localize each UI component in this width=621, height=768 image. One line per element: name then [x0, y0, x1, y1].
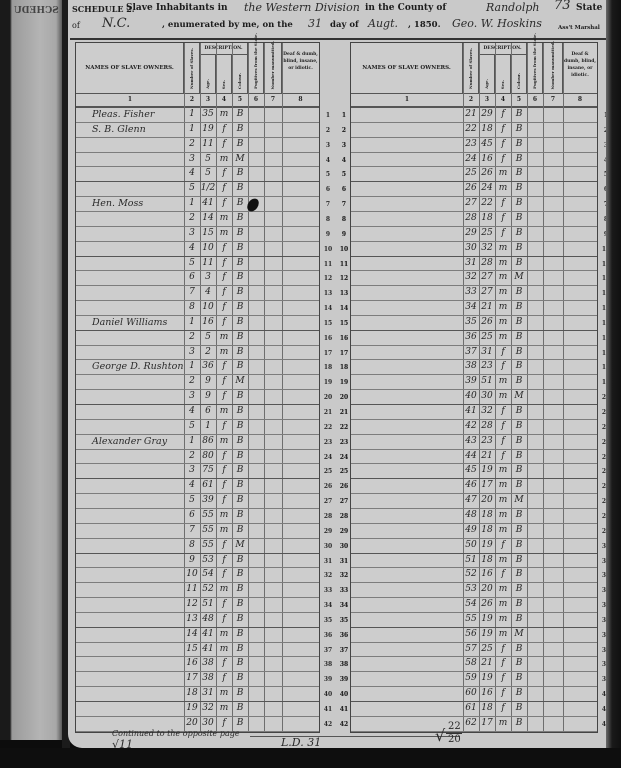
column-number: 1 — [76, 94, 184, 106]
num-cell: 11 — [184, 584, 200, 594]
sex-cell: f — [216, 658, 232, 668]
colour-cell: B — [511, 317, 527, 327]
page-right-edge — [606, 0, 621, 768]
row-rule — [76, 359, 319, 360]
age-cell: 32 — [200, 703, 216, 713]
colour-cell: B — [511, 436, 527, 446]
colour-cell: B — [232, 332, 248, 342]
state-text: State — [576, 3, 602, 13]
num-cell: 53 — [463, 584, 479, 594]
sex-cell: f — [216, 569, 232, 579]
num-cell: 50 — [463, 540, 479, 550]
row-rule — [76, 330, 319, 331]
slave-owner-name: S. B. Glenn — [92, 124, 146, 135]
enumerated-text: , enumerated by me, on the — [162, 20, 293, 30]
age-cell: 32 — [479, 243, 495, 253]
num-cell: 3 — [184, 391, 200, 401]
age-cell: 23 — [479, 361, 495, 371]
sex-cell: f — [216, 287, 232, 297]
column-number: 8 — [282, 94, 319, 106]
row-rule — [76, 241, 319, 242]
sex-cell: f — [216, 243, 232, 253]
row-rule — [76, 196, 319, 197]
row-rule — [351, 508, 597, 509]
fugitives-column-header: Fugitives from the State. — [248, 43, 264, 93]
sex-cell: m — [216, 332, 232, 342]
colour-cell: M — [511, 495, 527, 505]
colour-cell: B — [511, 703, 527, 713]
colour-cell: B — [511, 124, 527, 134]
num-cell: 3 — [184, 154, 200, 164]
age-cell: 31 — [479, 347, 495, 357]
slave-owner-name: Daniel Williams — [92, 317, 167, 328]
sex-cell: f — [495, 213, 511, 223]
names-column-header: NAMES OF SLAVE OWNERS. — [76, 43, 184, 93]
colour-cell: B — [232, 525, 248, 535]
colour-cell: B — [511, 569, 527, 579]
line-number: 18 — [321, 364, 335, 371]
colour-header-label: Colour. — [237, 73, 242, 89]
line-number: 2 — [321, 127, 335, 134]
colour-cell: B — [232, 228, 248, 238]
row-rule — [351, 389, 597, 390]
sex-cell: f — [216, 317, 232, 327]
row-rule — [76, 523, 319, 524]
num-cell: 35 — [463, 317, 479, 327]
age-cell: 86 — [200, 436, 216, 446]
day-of-text: day of — [330, 20, 359, 30]
line-number: 7 — [321, 201, 335, 208]
colour-cell: B — [232, 168, 248, 178]
colour-cell: B — [511, 658, 527, 668]
age-cell: 1/2 — [200, 183, 216, 193]
sex-cell: m — [495, 391, 511, 401]
column-number: 5 — [511, 94, 527, 106]
sex-cell: m — [495, 718, 511, 728]
column-number: 6 — [248, 94, 264, 106]
row-rule — [76, 612, 319, 613]
colour-cell: M — [511, 629, 527, 639]
number-header-label: Number of Slaves. — [189, 48, 194, 89]
num-cell: 33 — [463, 287, 479, 297]
colour-cell: B — [232, 569, 248, 579]
sex-cell: f — [216, 376, 232, 386]
num-cell: 1 — [184, 124, 200, 134]
line-number: 15 — [321, 320, 335, 327]
num-cell: 5 — [184, 258, 200, 268]
sex-cell: m — [495, 302, 511, 312]
num-cell: 9 — [184, 555, 200, 565]
colour-cell: B — [232, 465, 248, 475]
line-number: 40 — [321, 691, 335, 698]
row-rule — [351, 642, 597, 643]
row-rule — [351, 731, 597, 732]
colour-column-header: Colour. — [232, 55, 248, 93]
marshal-handwritten: Geo. W. Hoskins — [452, 17, 542, 30]
age-cell: 3 — [200, 272, 216, 282]
age-cell: 52 — [200, 584, 216, 594]
row-rule — [76, 553, 319, 554]
right-table: NAMES OF SLAVE OWNERS.DESCRIPTION.Number… — [350, 42, 598, 733]
line-number: 33 — [337, 587, 351, 594]
age-cell: 10 — [200, 302, 216, 312]
line-number: 1 — [321, 112, 335, 119]
sex-cell: f — [495, 688, 511, 698]
slave-owner-name: Alexander Gray — [92, 436, 167, 447]
sex-cell: f — [216, 673, 232, 683]
scan-bottom-border — [0, 748, 621, 768]
age-cell: 51 — [479, 376, 495, 386]
age-cell: 38 — [200, 673, 216, 683]
num-cell: 3 — [184, 465, 200, 475]
deaf-column-header: Deaf & dumb, blind, insane, or idiotic. — [282, 43, 319, 93]
column-number: 6 — [527, 94, 543, 106]
age-cell: 16 — [200, 317, 216, 327]
column-number: 2 — [463, 94, 479, 106]
row-rule — [351, 211, 597, 212]
row-rule — [76, 701, 319, 702]
number-column-header: Number of Slaves. — [184, 43, 200, 93]
column-number: 7 — [543, 94, 563, 106]
line-number: 10 — [337, 246, 351, 253]
sex-cell: f — [216, 124, 232, 134]
colour-cell: B — [511, 644, 527, 654]
age-cell: 25 — [479, 644, 495, 654]
age-cell: 26 — [479, 599, 495, 609]
num-cell: 14 — [184, 629, 200, 639]
num-cell: 7 — [184, 525, 200, 535]
column-number: 8 — [563, 94, 597, 106]
line-number: 23 — [321, 439, 335, 446]
age-cell: 55 — [200, 510, 216, 520]
line-number: 36 — [337, 632, 351, 639]
row-rule — [76, 656, 319, 657]
column-divider — [543, 43, 544, 732]
age-cell: 28 — [479, 258, 495, 268]
sex-cell: m — [216, 629, 232, 639]
num-cell: 2 — [184, 139, 200, 149]
year-text: , 1850. — [408, 20, 441, 30]
row-rule — [76, 463, 319, 464]
num-cell: 6 — [184, 510, 200, 520]
colour-cell: B — [232, 584, 248, 594]
age-cell: 11 — [200, 258, 216, 268]
fugitives-header-label: Fugitives from the State. — [532, 33, 537, 89]
line-number: 38 — [321, 661, 335, 668]
sex-cell: m — [495, 525, 511, 535]
sex-header-label: Sex. — [221, 80, 226, 89]
colour-cell: B — [511, 688, 527, 698]
row-rule — [76, 716, 319, 717]
row-rule — [351, 419, 597, 420]
row-rule — [351, 493, 597, 494]
num-cell: 2 — [184, 213, 200, 223]
column-divider — [527, 43, 528, 732]
row-rule — [76, 493, 319, 494]
row-rule — [351, 152, 597, 153]
row-rule — [76, 152, 319, 153]
left-table: NAMES OF SLAVE OWNERS.DESCRIPTION.Number… — [75, 42, 320, 733]
colour-cell: B — [511, 154, 527, 164]
colour-cell: B — [511, 228, 527, 238]
age-cell: 45 — [479, 139, 495, 149]
deaf-header-label: Deaf & dumb, blind, insane, or idiotic. — [563, 43, 597, 79]
column-divider — [248, 43, 249, 732]
colour-cell: B — [232, 555, 248, 565]
line-number: 40 — [337, 691, 351, 698]
manumitted-header-label: Number manumitted. — [270, 41, 275, 89]
colour-cell: B — [511, 332, 527, 342]
num-cell: 40 — [463, 391, 479, 401]
sex-cell: f — [216, 480, 232, 490]
sex-cell: m — [216, 109, 232, 119]
line-number: 5 — [321, 171, 335, 178]
colour-cell: B — [232, 703, 248, 713]
sex-cell: f — [495, 109, 511, 119]
age-cell: 25 — [479, 228, 495, 238]
colour-cell: B — [511, 555, 527, 565]
sex-cell: m — [495, 243, 511, 253]
row-rule — [76, 137, 319, 138]
line-number: 24 — [337, 454, 351, 461]
sex-cell: f — [495, 154, 511, 164]
line-number: 25 — [321, 468, 335, 475]
colour-cell: B — [232, 673, 248, 683]
colour-cell: B — [511, 510, 527, 520]
num-cell: 25 — [463, 168, 479, 178]
colour-header-label: Colour. — [516, 73, 521, 89]
line-number: 8 — [321, 216, 335, 223]
age-cell: 75 — [200, 465, 216, 475]
row-rule — [351, 449, 597, 450]
row-rule — [351, 181, 597, 182]
colour-cell: B — [511, 376, 527, 386]
colour-cell: B — [232, 688, 248, 698]
line-number: 16 — [321, 335, 335, 342]
description-group-header: DESCRIPTION. — [200, 43, 248, 55]
age-cell: 28 — [479, 421, 495, 431]
colour-cell: B — [232, 302, 248, 312]
sex-cell: f — [495, 421, 511, 431]
num-cell: 37 — [463, 347, 479, 357]
age-cell: 30 — [200, 718, 216, 728]
colour-cell: B — [232, 495, 248, 505]
manumitted-column-header: Number manumitted. — [264, 43, 282, 93]
row-rule — [351, 285, 597, 286]
line-number: 35 — [321, 617, 335, 624]
age-cell: 21 — [479, 451, 495, 461]
age-cell: 23 — [479, 436, 495, 446]
num-cell: 5 — [184, 421, 200, 431]
sex-cell: f — [495, 124, 511, 134]
colour-cell: B — [232, 272, 248, 282]
row-rule — [351, 538, 597, 539]
number-header-label: Number of Slaves. — [468, 48, 473, 89]
row-rule — [351, 478, 597, 479]
row-rule — [351, 359, 597, 360]
row-rule — [351, 686, 597, 687]
num-cell: 3 — [184, 228, 200, 238]
line-number: 42 — [337, 721, 351, 728]
age-cell: 16 — [479, 154, 495, 164]
row-rule — [76, 300, 319, 301]
line-number: 30 — [337, 543, 351, 550]
num-cell: 3 — [184, 347, 200, 357]
row-rule — [76, 419, 319, 420]
num-cell: 56 — [463, 629, 479, 639]
age-cell: 16 — [479, 569, 495, 579]
sex-cell: f — [216, 421, 232, 431]
row-rule — [351, 270, 597, 271]
age-cell: 5 — [200, 332, 216, 342]
colour-cell: B — [511, 584, 527, 594]
line-number: 36 — [321, 632, 335, 639]
check-mark: √ — [435, 726, 445, 745]
sex-cell: f — [216, 302, 232, 312]
colour-cell: B — [232, 436, 248, 446]
sex-header-label: Sex. — [500, 80, 505, 89]
row-rule — [76, 671, 319, 672]
age-cell: 48 — [200, 614, 216, 624]
colour-column-header: Colour. — [511, 55, 527, 93]
row-rule — [76, 389, 319, 390]
row-rule — [351, 567, 597, 568]
age-cell: 18 — [479, 124, 495, 134]
num-cell: 4 — [184, 168, 200, 178]
line-number: 11 — [337, 261, 351, 268]
fugitives-header-label: Fugitives from the State. — [253, 33, 258, 89]
sex-cell: m — [495, 332, 511, 342]
colour-cell: B — [511, 198, 527, 208]
age-cell: 9 — [200, 376, 216, 386]
colour-cell: B — [232, 480, 248, 490]
num-cell: 60 — [463, 688, 479, 698]
sex-column-header: Sex. — [495, 55, 511, 93]
line-number: 5 — [337, 171, 351, 178]
age-cell: 29 — [479, 109, 495, 119]
slave-owner-name: George D. Rushton — [92, 361, 183, 372]
line-number: 14 — [321, 305, 335, 312]
age-cell: 17 — [479, 480, 495, 490]
line-number: 31 — [321, 558, 335, 565]
sex-cell: m — [216, 228, 232, 238]
line-number: 1 — [337, 112, 351, 119]
num-cell: 2 — [184, 376, 200, 386]
colour-cell: B — [511, 139, 527, 149]
line-number: 22 — [321, 424, 335, 431]
age-cell: 4 — [200, 287, 216, 297]
age-cell: 19 — [200, 124, 216, 134]
line-number: 28 — [321, 513, 335, 520]
num-cell: 42 — [463, 421, 479, 431]
row-rule — [351, 374, 597, 375]
row-rule — [76, 270, 319, 271]
column-number: 5 — [232, 94, 248, 106]
sex-cell: m — [495, 555, 511, 565]
sex-cell: f — [495, 347, 511, 357]
colour-cell: B — [232, 109, 248, 119]
slave-owner-name: Pleas. Fisher — [92, 109, 154, 120]
fugitives-column-header: Fugitives from the State. — [527, 43, 543, 93]
age-cell: 18 — [479, 703, 495, 713]
colour-cell: M — [232, 540, 248, 550]
colour-cell: B — [511, 243, 527, 253]
row-rule — [351, 315, 597, 316]
age-cell: 39 — [200, 495, 216, 505]
deaf-column-header: Deaf & dumb, blind, insane, or idiotic. — [563, 43, 597, 93]
county-handwritten: Randolph — [486, 1, 540, 14]
row-rule — [351, 226, 597, 227]
row-rule — [351, 166, 597, 167]
sex-cell: m — [216, 436, 232, 446]
row-rule — [351, 241, 597, 242]
row-rule — [76, 181, 319, 182]
sex-cell: f — [216, 198, 232, 208]
num-cell: 2 — [184, 332, 200, 342]
num-cell: 7 — [184, 287, 200, 297]
age-cell: 21 — [479, 302, 495, 312]
row-rule — [76, 538, 319, 539]
line-number: 20 — [337, 394, 351, 401]
num-cell: 1 — [184, 198, 200, 208]
line-number: 41 — [321, 706, 335, 713]
num-cell: 58 — [463, 658, 479, 668]
sex-column-header: Sex. — [216, 55, 232, 93]
line-number: 9 — [337, 231, 351, 238]
age-cell: 17 — [479, 718, 495, 728]
line-number: 10 — [321, 246, 335, 253]
sex-cell: f — [216, 540, 232, 550]
previous-page-edge: SCHEDU — [0, 0, 62, 740]
age-cell: 16 — [479, 688, 495, 698]
row-rule — [76, 404, 319, 405]
tally-fraction-bottom: 20 — [448, 734, 461, 745]
num-cell: 16 — [184, 658, 200, 668]
colour-cell: B — [511, 599, 527, 609]
age-cell: 35 — [200, 109, 216, 119]
row-rule — [351, 137, 597, 138]
num-cell: 8 — [184, 302, 200, 312]
age-cell: 41 — [200, 629, 216, 639]
row-rule — [351, 404, 597, 405]
age-cell: 19 — [479, 629, 495, 639]
age-column-header: Age. — [200, 55, 216, 93]
line-number: 33 — [321, 587, 335, 594]
column-number: 3 — [200, 94, 216, 106]
deaf-header-label: Deaf & dumb, blind, insane, or idiotic. — [282, 43, 319, 72]
sex-cell: m — [495, 272, 511, 282]
row-rule — [76, 256, 319, 257]
num-cell: 44 — [463, 451, 479, 461]
age-cell: 27 — [479, 287, 495, 297]
slave-owner-name: Hen. Moss — [92, 198, 143, 209]
colour-cell: B — [511, 673, 527, 683]
line-number: 12 — [321, 275, 335, 282]
column-divider — [563, 43, 564, 732]
colour-cell: B — [511, 302, 527, 312]
age-cell: 80 — [200, 451, 216, 461]
column-divider — [264, 43, 265, 732]
num-cell: 27 — [463, 198, 479, 208]
row-rule — [351, 122, 597, 123]
row-rule — [76, 508, 319, 509]
colour-cell: M — [232, 376, 248, 386]
line-number: 3 — [337, 142, 351, 149]
colour-cell: B — [511, 287, 527, 297]
sex-cell: f — [495, 198, 511, 208]
num-cell: 4 — [184, 243, 200, 253]
num-cell: 41 — [463, 406, 479, 416]
